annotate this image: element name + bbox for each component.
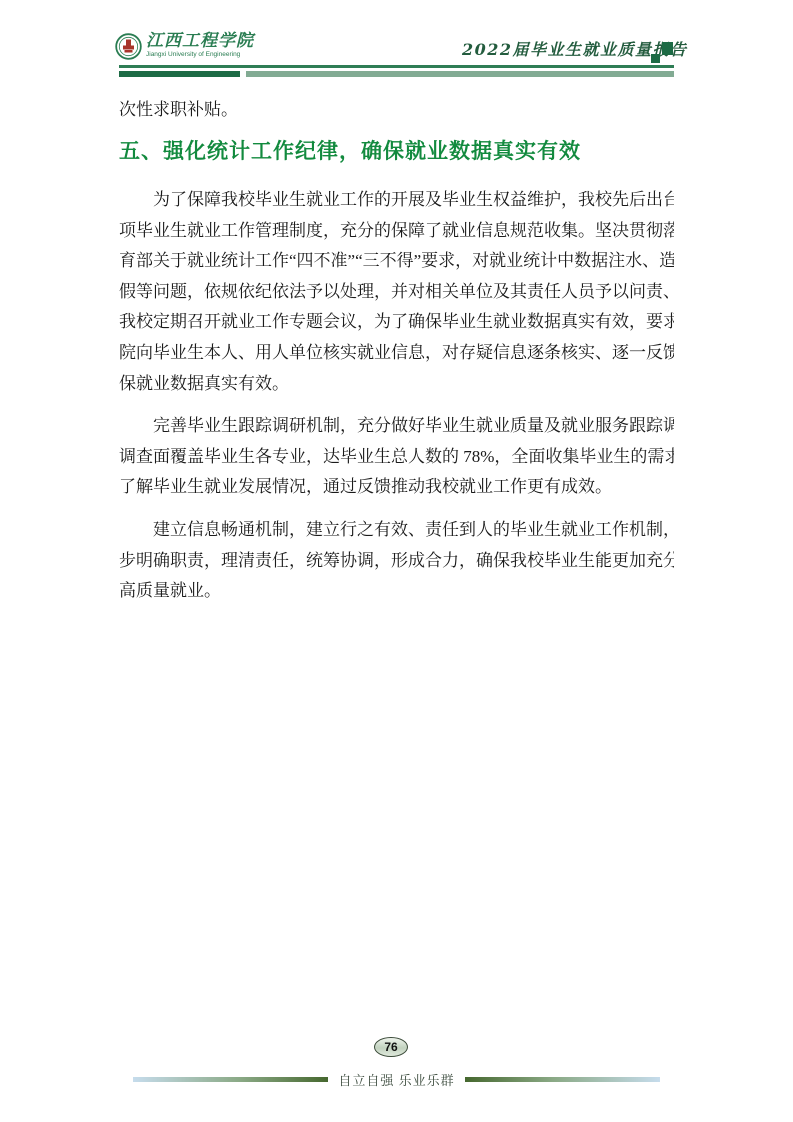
university-name-cn: 江西工程学院 — [146, 33, 254, 50]
paragraph: 建立信息畅通机制，建立行之有效、责任到人的毕业生就业工作机制，进一步明确职责，理… — [119, 515, 674, 607]
page-number: 76 — [384, 1040, 397, 1054]
header-bar-light — [246, 71, 674, 77]
paragraph: 为了保障我校毕业生就业工作的开展及毕业生权益维护，我校先后出台了多项毕业生就业工… — [119, 185, 674, 399]
body-paragraphs: 为了保障我校毕业生就业工作的开展及毕业生权益维护，我校先后出台了多项毕业生就业工… — [119, 185, 674, 619]
paragraph-line: 为了保障我校毕业生就业工作的开展及毕业生权益维护，我校先后出台了多 — [119, 185, 674, 216]
paragraph-line: 保就业数据真实有效。 — [119, 369, 674, 400]
footer-motto-row: 自立自强 乐业乐群 — [133, 1071, 660, 1087]
paragraph-line: 调查面覆盖毕业生各专业，达毕业生总人数的 78%，全面收集毕业生的需求信息， — [119, 442, 674, 473]
continuation-text: 次性求职补贴。 — [119, 98, 674, 122]
report-title: 2022届毕业生就业质量报告 — [462, 37, 652, 60]
paragraph: 完善毕业生跟踪调研机制，充分做好毕业生就业质量及就业服务跟踪调查。调查面覆盖毕业… — [119, 411, 674, 503]
paragraph-line: 育部关于就业统计工作“四不准”“三不得”要求，对就业统计中数据注水、造 — [119, 246, 674, 277]
university-name-en: Jiangxi University of Engineering — [146, 51, 254, 59]
university-seal-icon — [115, 33, 142, 60]
paragraph-line: 院向毕业生本人、用人单位核实就业信息，对存疑信息逐条核实、逐一反馈，确 — [119, 338, 674, 369]
paragraph-line: 项毕业生就业工作管理制度，充分的保障了就业信息规范收集。坚决贯彻落实教 — [119, 216, 674, 247]
page-number-badge: 76 — [374, 1037, 408, 1057]
paragraph-line: 完善毕业生跟踪调研机制，充分做好毕业生就业质量及就业服务跟踪调查。 — [119, 411, 674, 442]
paragraph-line: 步明确职责，理清责任，统筹协调，形成合力，确保我校毕业生能更加充分、更 — [119, 546, 674, 577]
paragraph-line: 建立信息畅通机制，建立行之有效、责任到人的毕业生就业工作机制，进一 — [119, 515, 674, 546]
footer-bar-left — [133, 1077, 328, 1082]
section-heading: 五、强化统计工作纪律，确保就业数据真实有效 — [119, 139, 719, 165]
decorative-square-small — [651, 54, 660, 63]
paragraph-line: 假等问题，依规依纪依法予以处理，并对相关单位及其责任人员予以问责、追责。 — [119, 277, 674, 308]
paragraph-line: 我校定期召开就业工作专题会议，为了确保毕业生就业数据真实有效，要求各学 — [119, 307, 674, 338]
university-logo: 江西工程学院 Jiangxi University of Engineering — [115, 33, 254, 60]
paragraph-line: 高质量就业。 — [119, 576, 674, 607]
document-page: 江西工程学院 Jiangxi University of Engineering… — [0, 0, 793, 1122]
paragraph-line: 了解毕业生就业发展情况，通过反馈推动我校就业工作更有成效。 — [119, 472, 674, 503]
decorative-square-large — [662, 42, 673, 55]
logo-text: 江西工程学院 Jiangxi University of Engineering — [146, 33, 254, 59]
header-bar-dark — [119, 71, 240, 77]
footer-motto: 自立自强 乐业乐群 — [328, 1070, 464, 1089]
footer-bar-right — [465, 1077, 660, 1082]
header-divider-line — [119, 65, 674, 68]
